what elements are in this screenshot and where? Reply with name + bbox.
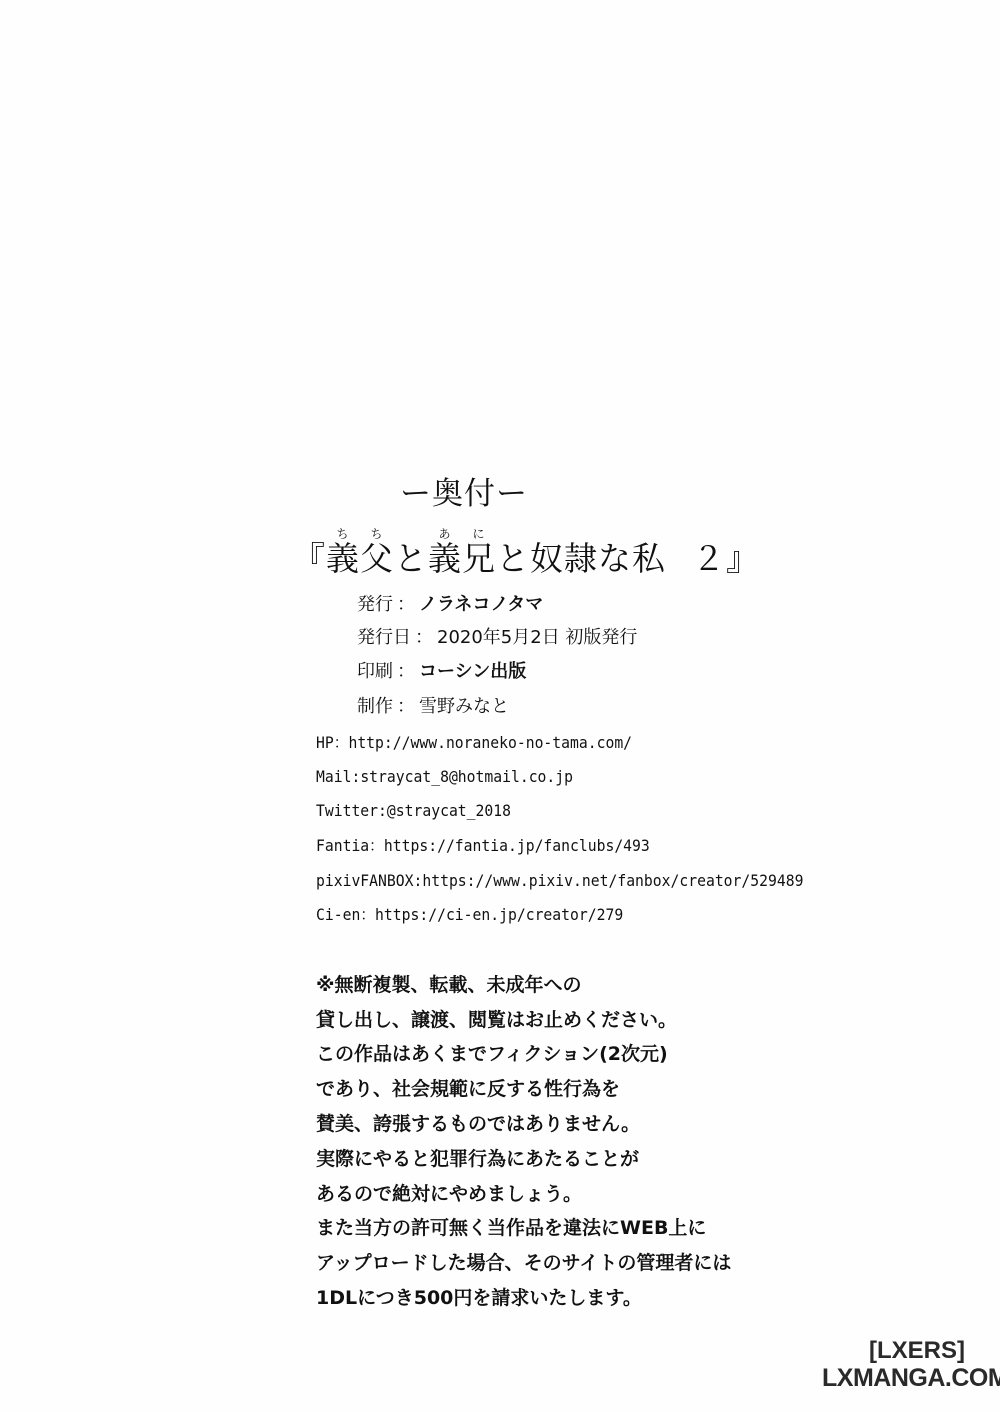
colophon-heading: ー奥付ー bbox=[400, 474, 528, 514]
title-ruby-brother: あに bbox=[428, 527, 496, 541]
notice-line: 貸し出し、譲渡、閲覧はお止めください。 bbox=[316, 1007, 677, 1033]
link-separator: ： bbox=[369, 836, 384, 855]
title-volume: ２ bbox=[692, 539, 726, 578]
link-label: HP bbox=[316, 733, 334, 752]
notice-line: 実際にやると犯罪行為にあたることが bbox=[316, 1146, 639, 1172]
link-mail[interactable]: Mail:straycat_8@hotmail.co.jp bbox=[316, 766, 573, 788]
info-separator: ： bbox=[411, 627, 437, 648]
title-open-bracket: 『 bbox=[292, 539, 326, 578]
link-label: Ci-en bbox=[316, 905, 360, 924]
notice-line: 賛美、誇張するものではありません。 bbox=[316, 1111, 640, 1137]
site-watermark: [LXERS] LXMANGA.COM bbox=[836, 1338, 996, 1392]
title-word-father-text: 義父 bbox=[326, 539, 394, 578]
title-connector: と bbox=[394, 539, 428, 578]
info-author: 制作：雪野みなと bbox=[357, 695, 509, 719]
title-close-bracket: 』 bbox=[726, 539, 760, 578]
link-label: Mail bbox=[316, 767, 351, 786]
info-label: 印刷 bbox=[357, 661, 393, 682]
info-label: 発行日 bbox=[357, 627, 411, 648]
link-label: pixivFANBOX bbox=[316, 871, 413, 890]
title-word-father: 義父ちち bbox=[326, 539, 394, 578]
link-ci-en[interactable]: Ci-en：https://ci-en.jp/creator/279 bbox=[316, 904, 623, 926]
link-twitter[interactable]: Twitter:@straycat_2018 bbox=[316, 800, 511, 822]
info-value: 2020年5月2日 初版発行 bbox=[437, 627, 637, 648]
info-separator: ： bbox=[393, 594, 419, 615]
title-word-brother: 義兄あに bbox=[428, 539, 496, 578]
notice-line: ※無断複製、転載、未成年への bbox=[316, 972, 581, 998]
title-word-brother-text: 義兄 bbox=[428, 539, 496, 578]
link-homepage[interactable]: HP：http://www.noraneko-no-tama.com/ bbox=[316, 732, 632, 754]
info-separator: ： bbox=[393, 661, 419, 682]
link-separator: : bbox=[413, 871, 422, 890]
link-value[interactable]: http://www.noraneko-no-tama.com/ bbox=[348, 733, 632, 752]
notice-line: この作品はあくまでフィクション(2次元) bbox=[316, 1041, 668, 1067]
link-separator: ： bbox=[360, 905, 375, 924]
notice-line: また当方の許可無く当作品を違法にWEB上に bbox=[316, 1215, 706, 1241]
notice-line: アップロードした場合、そのサイトの管理者には bbox=[316, 1250, 731, 1276]
link-value[interactable]: https://ci-en.jp/creator/279 bbox=[375, 905, 623, 924]
info-value: コーシン出版 bbox=[419, 661, 526, 682]
colophon-page: ー奥付ー 『義父ちちと義兄あにと奴隷な私２』 発行：ノラネコノタマ 発行日：20… bbox=[0, 0, 1000, 1412]
title-ruby-father: ちち bbox=[326, 527, 394, 541]
link-separator: : bbox=[378, 801, 387, 820]
info-printer: 印刷：コーシン出版 bbox=[357, 660, 526, 684]
link-label: Twitter bbox=[316, 801, 378, 820]
link-value[interactable]: https://fantia.jp/fanclubs/493 bbox=[384, 836, 650, 855]
link-value[interactable]: https://www.pixiv.net/fanbox/creator/529… bbox=[422, 871, 803, 890]
watermark-group-name: [LXERS] bbox=[838, 1338, 996, 1364]
notice-line: あるので絶対にやめましょう。 bbox=[316, 1181, 582, 1207]
info-publisher: 発行：ノラネコノタマ bbox=[357, 593, 543, 617]
link-value[interactable]: @straycat_2018 bbox=[387, 801, 511, 820]
link-value[interactable]: straycat_8@hotmail.co.jp bbox=[360, 767, 573, 786]
info-label: 発行 bbox=[357, 594, 393, 615]
watermark-site-name: LXMANGA.COM bbox=[822, 1364, 996, 1392]
info-publish-date: 発行日：2020年5月2日 初版発行 bbox=[357, 626, 637, 650]
notice-line: であり、社会規範に反する性行為を bbox=[316, 1076, 620, 1102]
link-separator: : bbox=[351, 767, 360, 786]
link-pixiv-fanbox[interactable]: pixivFANBOX:https://www.pixiv.net/fanbox… bbox=[316, 870, 803, 892]
notice-line: 1DLにつき500円を請求いたします。 bbox=[316, 1285, 642, 1311]
link-label: Fantia bbox=[316, 836, 369, 855]
info-separator: ： bbox=[393, 696, 419, 717]
title-rest: と奴隷な私 bbox=[496, 539, 666, 578]
link-separator: ： bbox=[334, 733, 349, 752]
info-value: 雪野みなと bbox=[419, 696, 509, 717]
book-title: 『義父ちちと義兄あにと奴隷な私２』 bbox=[292, 527, 760, 583]
info-label: 制作 bbox=[357, 696, 393, 717]
link-fantia[interactable]: Fantia：https://fantia.jp/fanclubs/493 bbox=[316, 835, 650, 857]
info-value: ノラネコノタマ bbox=[419, 594, 543, 615]
